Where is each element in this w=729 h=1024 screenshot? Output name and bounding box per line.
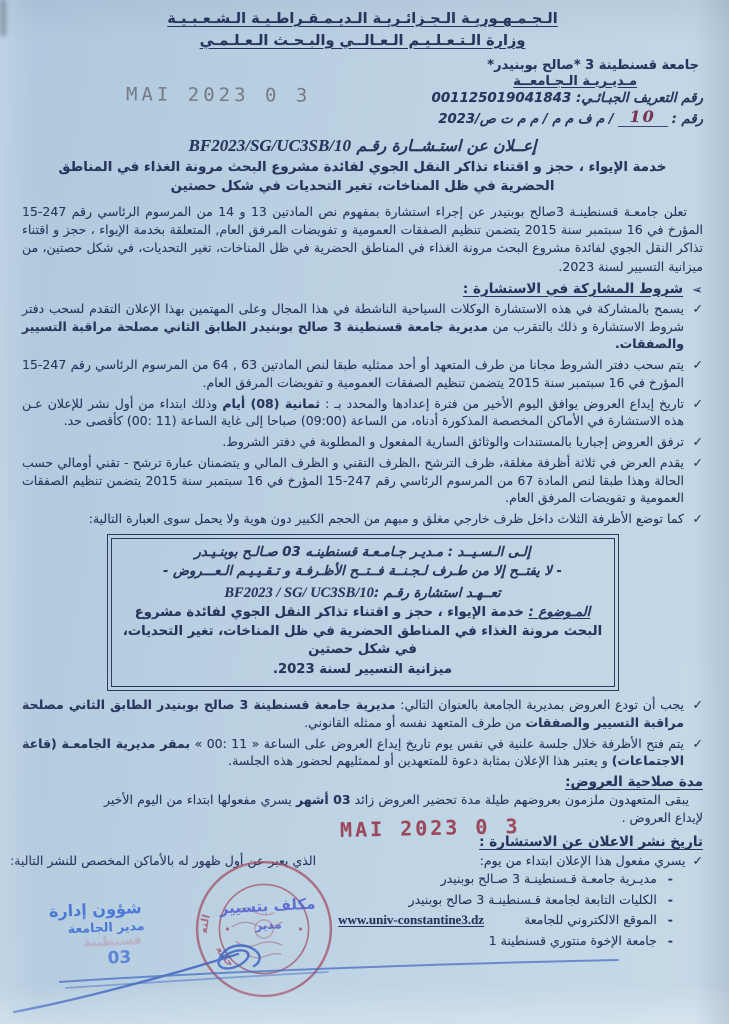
envelope-box-line: إلـى الـسـيــد : مـديـر جـامـعـة قسنطينـ… (122, 544, 604, 562)
publication-effect-start: ✓ يسري مفعول هذا الإعلان ابتداء من يوم: (480, 853, 703, 868)
text-segment: يقدم العرض في ثلاثة أظرفة مغلقة، ظرف الت… (22, 455, 684, 506)
bullet-item: ✓يجب أن تودع العروض بمديرية الجامعة بالع… (22, 696, 703, 732)
bullet-item-text: ترفق العروض إجباريا بالمستندات والوثائق … (22, 433, 684, 451)
envelope-address-box: إلـى الـسـيــد : مـديـر جـامـعـة قسنطينـ… (107, 534, 619, 691)
validity-heading: مدة صلاحية العروض: (565, 774, 703, 790)
latin-text-segment: www.univ-constantine3.dz (338, 912, 484, 927)
bullet-item-text: تاريخ إيداع العروض يوافق اليوم الأخير من… (22, 395, 684, 431)
text-segment: ترفق العروض إجباريا بالمستندات والوثائق … (222, 434, 684, 449)
check-icon: ✓ (691, 395, 703, 431)
dash-icon: - (668, 911, 673, 930)
bullet-item-text: يتم سحب دفتر الشروط مجانا من طرف المتعهد… (22, 356, 684, 392)
participation-heading-row: ➢ شروط المشاركة في الاستشارة : (22, 281, 703, 297)
text-segment: تعــهـد استشارة رقـم : (374, 586, 501, 601)
tax-id-label: رقم التعريف الجبـائـي: (576, 91, 703, 106)
text-segment: يتم سحب دفتر الشروط مجانا من طرف المتعهد… (22, 357, 684, 390)
latin-text-segment: BF2023 / SG/ UC3SB/10 (224, 585, 373, 601)
publication-place-item-text: الموقع الالكتروني للجامعةwww.univ-consta… (338, 911, 657, 930)
seal-center-overlay-text: مكلف بتسيير مدير (211, 894, 325, 935)
bullet-item: ✓يتم فتح الأظرفة خلال جلسة علنية في نفس … (22, 735, 703, 771)
envelope-box-line: ميزانية التسيير لسنة 2023. (122, 661, 604, 679)
text-segment: إلـى الـسـيــد : مـديـر جـامـعـة قسنطينـ… (195, 545, 531, 560)
tax-id-value: 001125019041843 (432, 91, 572, 106)
dash-icon: - (668, 932, 673, 950)
bullet-item-text: يقدم العرض في ثلاثة أظرفة مغلقة، ظرف الت… (22, 454, 684, 507)
svg-text:التعليم العالي و البحث العلمي: التعليم العالي و البحث العلمي (192, 854, 213, 934)
bullet-item-text: يسمح بالمشاركة في هذه الاستشارة الوكلات … (22, 300, 684, 353)
envelope-box-line: - لا يفتــح إلا من طـرف لـجـنــة فــتــح… (122, 563, 604, 581)
text-segment: كما توضع الأظرفة الثلاث داخل ظرف خارجي م… (89, 511, 684, 526)
text-segment: ثمانية (08) أيام (222, 396, 320, 411)
bullet-item: ✓كما توضع الأظرفة الثلاث داخل ظرف خارجي … (22, 510, 703, 528)
envelope-box-line-text: تعــهـد استشارة رقـم :BF2023 / SG/ UC3SB… (122, 583, 604, 603)
seal-rim-top-text: التعليم العالي و البحث العلمي (192, 854, 213, 934)
document-content: الـجـمـهـوريـة الـجـزائـريـة الـديـمـقـر… (0, 0, 729, 1024)
envelope-box-line: المـوضوع : خدمة الإيواء ، حجز و اقتناء ت… (122, 604, 604, 659)
participation-list: ✓يسمح بالمشاركة في هذه الاستشارة الوكلات… (22, 300, 703, 528)
bullet-item-text: يتم فتح الأظرفة خلال جلسة علنية في نفس ي… (22, 735, 684, 771)
publication-date-stamp: 3 0 MAI 2023 (340, 815, 521, 843)
check-icon: ✓ (691, 300, 703, 353)
envelope-box-lines: إلـى الـسـيــد : مـديـر جـامـعـة قسنطينـ… (122, 544, 604, 679)
text-segment: الكليات التابعة لجامعة قـسنطينـة 3 صالح … (409, 892, 657, 907)
header-ministry: وزارة الـتـعـلـيـم الـعـالــي والبـحـث ا… (22, 31, 703, 53)
envelope-address-box-inner: إلـى الـسـيــد : مـديـر جـامـعـة قسنطينـ… (111, 538, 615, 687)
text-segment: يتم فتح الأظرفة خلال جلسة علنية في نفس ي… (190, 736, 684, 751)
document-page: الـجـمـهـوريـة الـجـزائـريـة الـديـمـقـر… (0, 0, 729, 1024)
text-segment: من طرف المتعهد نفسه أو ممثله القانوني. (304, 715, 525, 730)
header-directorate: مـديـريـة الـجـامعــة (22, 74, 637, 89)
text-segment: يبقى المتعهدون ملزمون بعروضهم طيلة مدة ت… (351, 792, 689, 807)
envelope-box-line-text: - لا يفتــح إلا من طـرف لـجـنــة فــتــح… (122, 563, 604, 581)
announcement-subject: خدمة الإيواء ، حجز و اقتناء تذاكر النقل … (35, 158, 691, 196)
publication-place-item: -مديـرية جامعـة قـسنطينـة 3 صـالح بوبنيد… (22, 870, 673, 888)
header-reference-line: رقم : 10 / م ف م م / م م ت ص/2023 (22, 109, 703, 127)
text-segment: يجب أن تودع العروض بمديرية الجامعة بالعن… (395, 697, 684, 712)
dash-icon: - (668, 891, 673, 909)
bullet-item: ✓يقدم العرض في ثلاثة أظرفة مغلقة، ظرف ال… (22, 454, 703, 507)
handwritten-reference-number: 10 (630, 107, 656, 126)
header-republic: الـجـمـهـوريـة الـجـزائـريـة الـديـمـقـر… (22, 9, 703, 31)
text-segment: ميزانية التسيير لسنة 2023. (273, 662, 452, 677)
reference-prefix: رقم : (672, 112, 703, 127)
participation-heading: شروط المشاركة في الاستشارة : (463, 281, 683, 297)
publication-place-item-text: الكليات التابعة لجامعة قـسنطينـة 3 صالح … (409, 891, 657, 909)
publication-heading-row: تاريخ نشر الاعلان عن الاستشارة : 3 0 MAI… (22, 830, 703, 850)
text-segment: 03 أشهر (296, 792, 351, 807)
publication-effect-start-text: يسري مفعول هذا الإعلان ابتداء من يوم: (480, 853, 686, 868)
text-segment: - لا يفتــح إلا من طـرف لـجـنــة فــتــح… (163, 564, 562, 579)
dash-icon: - (668, 870, 673, 888)
bullet-item-text: كما توضع الأظرفة الثلاث داخل ظرف خارجي م… (22, 510, 684, 528)
director-signature (8, 930, 633, 1024)
text-segment: مديـرية جامعـة قـسنطينـة 3 صـالح بوبنيدر (441, 871, 657, 886)
arrow-bullet-icon: ➢ (692, 283, 703, 298)
header-university-block: جامعة قسنطينة 3 *صالح بوبنيدر* مـديـريـة… (22, 58, 703, 127)
envelope-box-line-text: إلـى الـسـيــد : مـديـر جـامـعـة قسنطينـ… (122, 544, 604, 562)
intro-paragraph: تعلن جامعـة قسنطينـة 3صالح بوبنيدر عن إج… (22, 203, 703, 276)
check-icon: ✓ (691, 735, 703, 771)
publication-place-item-text: مديـرية جامعـة قـسنطينـة 3 صـالح بوبنيدر (441, 870, 657, 888)
check-icon: ✓ (691, 454, 703, 507)
bullet-item: ✓يتم سحب دفتر الشروط مجانا من طرف المتعه… (22, 356, 703, 392)
check-icon: ✓ (691, 356, 703, 392)
bullet-item: ✓يسمح بالمشاركة في هذه الاستشارة الوكلات… (22, 300, 703, 353)
deposit-opening-list: ✓يجب أن تودع العروض بمديرية الجامعة بالع… (22, 696, 703, 770)
publication-effect-row: ✓ يسري مفعول هذا الإعلان ابتداء من يوم: … (22, 853, 703, 868)
check-icon: ✓ (691, 433, 703, 451)
header-university: جامعة قسنطينة 3 *صالح بوبنيدر* (22, 58, 699, 73)
header-tax-id: رقم التعريف الجبـائـي: 001125019041843 (22, 91, 703, 106)
reference-suffix: / م ف م م / م م ت ص/2023 (438, 112, 613, 127)
text-segment: الموقع الالكتروني للجامعة (524, 912, 657, 927)
check-icon: ✓ (691, 696, 703, 732)
text-segment: إعــلان عن استـشــارة رقـم (351, 137, 536, 155)
announcement-title: إعــلان عن استـشــارة رقـم BF2023/SG/UC3… (22, 136, 703, 156)
reference-number-slot: 10 (618, 109, 668, 127)
received-date-stamp: 3 0 MAI 2023 (126, 83, 311, 106)
bullet-item: ✓ترفق العروض إجباريا بالمستندات والوثائق… (22, 433, 703, 451)
bullet-item: ✓تاريخ إيداع العروض يوافق اليوم الأخير م… (22, 395, 703, 431)
text-segment: تاريخ إيداع العروض يوافق اليوم الأخير من… (320, 396, 684, 411)
envelope-box-line: تعــهـد استشارة رقـم :BF2023 / SG/ UC3SB… (122, 583, 604, 603)
bullet-item-text: يجب أن تودع العروض بمديرية الجامعة بالعن… (22, 696, 684, 732)
text-segment: المـوضوع : (529, 605, 591, 620)
check-icon: ✓ (693, 853, 703, 868)
envelope-box-line-text: ميزانية التسيير لسنة 2023. (122, 661, 604, 679)
text-segment: و يعتبر هذا الإعلان بمثابة دعوة للمتعهدي… (228, 753, 612, 768)
envelope-box-line-text: المـوضوع : خدمة الإيواء ، حجز و اقتناء ت… (122, 604, 604, 659)
latin-text-segment: BF2023/SG/UC3SB/10 (189, 136, 352, 155)
check-icon: ✓ (691, 510, 703, 528)
